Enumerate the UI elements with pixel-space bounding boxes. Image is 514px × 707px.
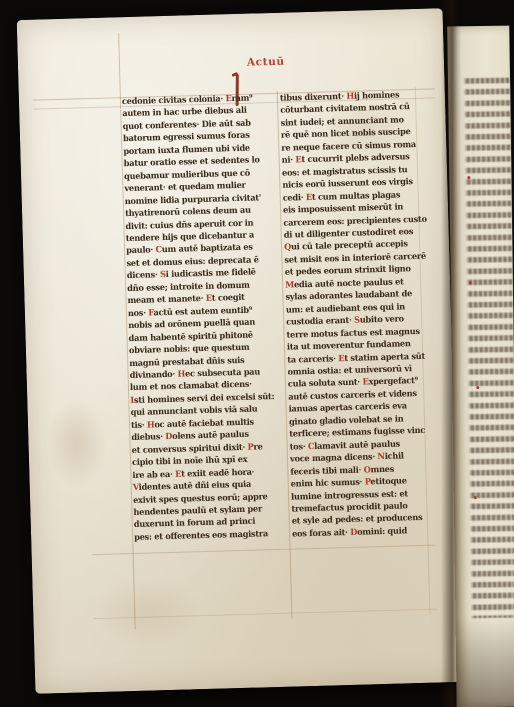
rubricated-initial: O [364, 465, 371, 475]
rubricated-initial: E [338, 354, 344, 364]
manuscript-photo: { "manuscript": { "running_title": "Actu… [0, 0, 514, 707]
next-page-shadow [456, 617, 514, 707]
rubricated-initial: E [362, 378, 368, 388]
manuscript-page: Actuū cedonie civitas colonia· Eram⁹aute… [17, 8, 462, 694]
rubricated-initial: M [285, 280, 294, 290]
text-line: eos foras ait· Domini: quid [292, 525, 428, 541]
rubricated-initial: E [295, 155, 301, 165]
rubricated-initial: H [346, 92, 354, 102]
parchment-stain [45, 398, 107, 490]
rubricated-initial: H [177, 369, 185, 379]
rubricated-initial: E [306, 193, 312, 203]
rubricated-initial: Q [284, 243, 291, 253]
rubricated-initial: D [165, 432, 172, 442]
page-gutter-shadow [441, 0, 461, 707]
rubricated-initial: C [308, 442, 315, 452]
rubricated-initial: E [206, 294, 212, 304]
next-page-text-blur [464, 78, 514, 619]
rubricated-initial: E [225, 94, 231, 104]
rubricated-initial: I [130, 396, 134, 406]
rubricated-initial: S [354, 316, 360, 326]
next-page-rubric-marks [467, 176, 470, 179]
rubricated-initial: S [160, 270, 166, 280]
text-column-right: tibus dixerunt· Hij hominescōturbant civ… [280, 89, 432, 541]
rubricated-initial: C [155, 246, 162, 256]
running-title: Actuū [247, 56, 285, 69]
text-column-left: cedonie civitas colonia· Eram⁹autem in h… [122, 92, 266, 544]
rubricated-initial: E [175, 469, 181, 479]
rubricated-initial: P [247, 442, 253, 452]
rubricated-initial: N [377, 452, 385, 462]
text-line: pes: et offerentes eos magistra [134, 528, 262, 544]
rubricated-initial: V [133, 483, 139, 493]
parchment-stain [92, 575, 204, 648]
rubricated-initial: P [365, 477, 371, 487]
rubricated-initial: F [148, 308, 153, 318]
rubricated-initial: H [147, 420, 155, 430]
ruling-line [93, 609, 437, 620]
rubricated-initial: D [350, 528, 357, 538]
ruling-line [92, 545, 436, 556]
